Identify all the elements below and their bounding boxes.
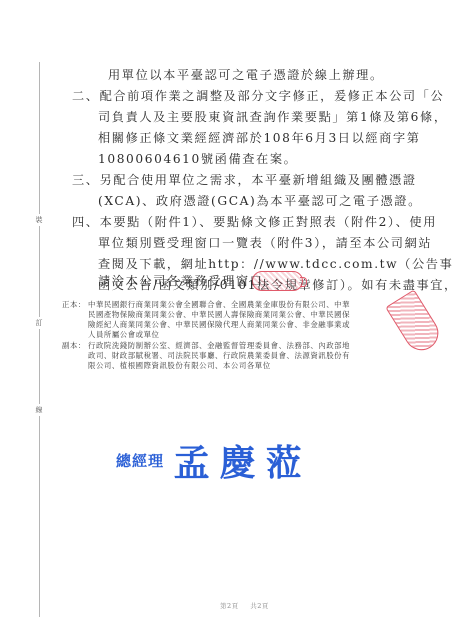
current-page: 第2頁 <box>220 602 239 610</box>
body-line: 用單位以本平臺認可之電子憑證於線上辦理。 <box>108 65 384 85</box>
body-line-last: 請洽本公司各業務受理窗口。 <box>98 271 277 291</box>
copy-recipients-line: 行政院洗錢防制辦公室、經濟部、金融監督管理委員會、法務部、內政部地 <box>88 341 350 351</box>
original-recipients-line: 民國產物保險商業同業公會、中華民國人壽保險商業同業公會、中華民國保 <box>88 310 350 320</box>
signature-title: 總經理 <box>116 452 164 470</box>
body-item-2: 二、配合前項作業之調整及部分文字修正，爰修正本公司「公 <box>72 86 444 106</box>
copy-recipients-label: 副本： <box>62 341 86 351</box>
body-line: 單位類別暨受理窗口一覽表（附件3），請至本公司網站 <box>98 233 432 253</box>
original-recipients-label: 正本： <box>62 300 86 310</box>
binding-mark-xian: 線 <box>33 404 45 416</box>
copy-recipients-line: 限公司、植根國際資訊股份有限公司、本公司各單位 <box>88 361 271 371</box>
body-item-3: 三、另配合使用單位之需求，本平臺新增組織及團體憑證 <box>72 170 417 190</box>
original-recipients-line: 中華民國銀行商業同業公會全國聯合會、全國農業金庫股份有限公司、中華 <box>88 300 350 310</box>
red-corner-seal-stamp <box>385 289 445 356</box>
binding-mark-ding: 訂 <box>33 317 45 329</box>
binding-line <box>39 62 40 617</box>
original-recipients-line: 險經紀人商業同業公會、中華民國保險代理人商業同業公會、非金融事業或 <box>88 320 350 330</box>
body-item-4: 四、本要點（附件1）、要點條文修正對照表（附件2）、使用 <box>72 212 437 232</box>
page-number: 第2頁 共2頁 <box>220 601 269 610</box>
binding-mark-zhuang: 裝 <box>33 214 45 226</box>
signature-block: 總經理 孟慶蒞 <box>116 435 312 486</box>
body-line: 10800604610號函備查在案。 <box>98 149 297 169</box>
body-line: (XCA)、政府憑證(GCA)為本平臺認可之電子憑證。 <box>98 191 422 211</box>
original-recipients-line: 人員所屬公會或單位 <box>88 330 159 340</box>
body-line: 司負責人及主要股東資訊查詢作業要點」第1條及第6條， <box>98 107 448 127</box>
total-pages: 共2頁 <box>250 602 269 610</box>
signature-name: 孟慶蒞 <box>174 442 312 484</box>
body-line: 相關修正條文業經經濟部於108年6月3日以經商字第 <box>98 128 421 148</box>
copy-recipients-line: 政司、財政部賦稅署、司法院民事廳、行政院農業委員會、法源資訊股份有 <box>88 351 350 361</box>
